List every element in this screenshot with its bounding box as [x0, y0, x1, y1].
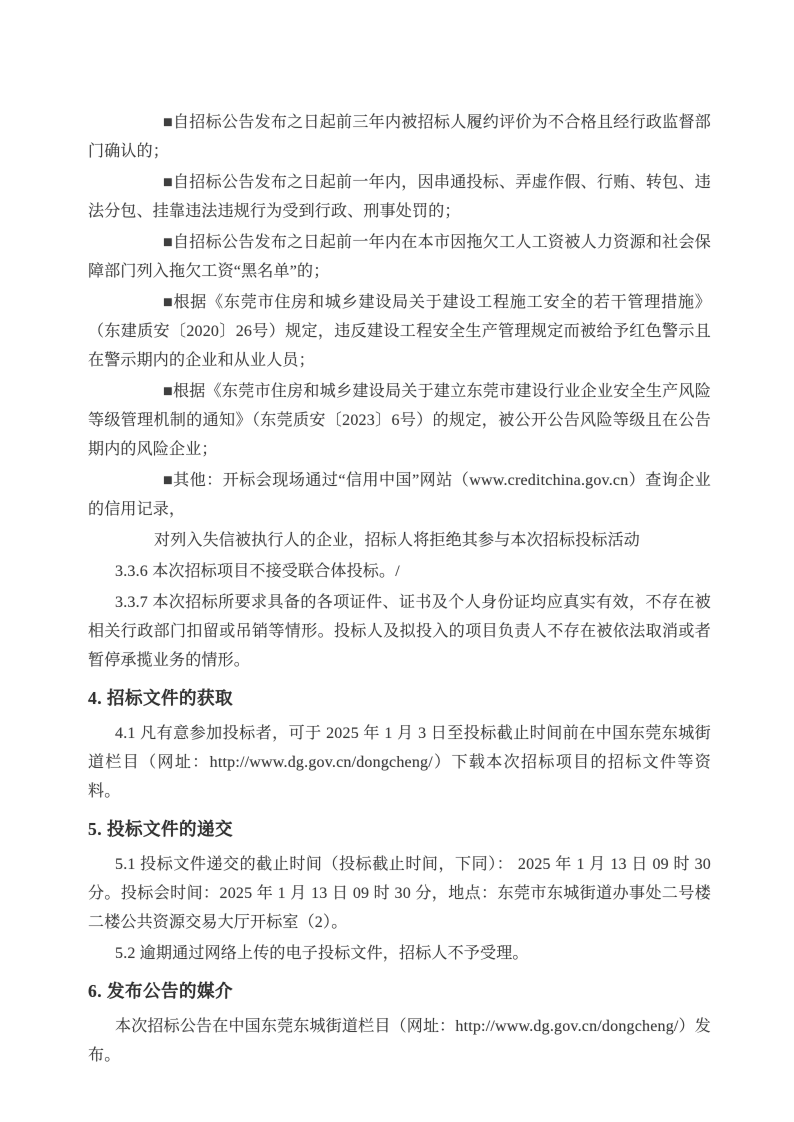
- exclusion-bullet-performance-evaluation: ■自招标公告发布之日起前三年内被招标人履约评价为不合格且经行政监督部门确认的；: [88, 108, 711, 166]
- exclusion-bullet-risk-grade: ■根据《东莞市住房和城乡建设局关于建立东莞市建设行业企业安全生产风险等级管理机制…: [88, 377, 711, 464]
- section-heading-bid-submission: 5. 投标文件的递交: [88, 815, 711, 843]
- section-4-paragraph-4-1: 4.1 凡有意参加投标者，可于 2025 年 1 月 3 日至投标截止时间前在中…: [88, 719, 711, 806]
- exclusion-bullet-credit-china-check: ■其他：开标会现场通过“信用中国”网站（www.creditchina.gov.…: [88, 466, 711, 524]
- exclusion-bullet-red-warning: ■根据《东莞市住房和城乡建设局关于建设工程施工安全的若干管理措施》（东建质安〔2…: [88, 288, 711, 375]
- section-6-paragraph: 本次招标公告在中国东莞东城街道栏目（网址：http://www.dg.gov.c…: [88, 1012, 711, 1070]
- clause-3-3-6: 3.3.6 本次招标项目不接受联合体投标。/: [88, 557, 711, 586]
- section-heading-obtain-tender-documents: 4. 招标文件的获取: [88, 684, 711, 712]
- section-5-paragraph-5-2: 5.2 逾期通过网络上传的电子投标文件，招标人不予受理。: [88, 939, 711, 968]
- section-5-paragraph-5-1: 5.1 投标文件递交的截止时间（投标截止时间，下同）： 2025 年 1 月 1…: [88, 850, 711, 937]
- clause-3-3-7: 3.3.7 本次招标所要求具备的各项证件、证书及个人身份证均应真实有效，不存在被…: [88, 588, 711, 675]
- scanned-document-page: ■自招标公告发布之日起前三年内被招标人履约评价为不合格且经行政监督部门确认的； …: [0, 0, 794, 1122]
- section-heading-announcement-media: 6. 发布公告的媒介: [88, 977, 711, 1005]
- exclusion-bullet-wage-blacklist: ■自招标公告发布之日起前一年内在本市因拖欠工人工资被人力资源和社会保障部门列入拖…: [88, 228, 711, 286]
- credit-note-paragraph: 对列入失信被执行人的企业，招标人将拒绝其参与本次招标投标活动: [88, 526, 711, 555]
- exclusion-bullet-bid-rigging-penalty: ■自招标公告发布之日起前一年内，因串通投标、弄虚作假、行贿、转包、违法分包、挂靠…: [88, 168, 711, 226]
- document-content: ■自招标公告发布之日起前三年内被招标人履约评价为不合格且经行政监督部门确认的； …: [88, 108, 711, 1072]
